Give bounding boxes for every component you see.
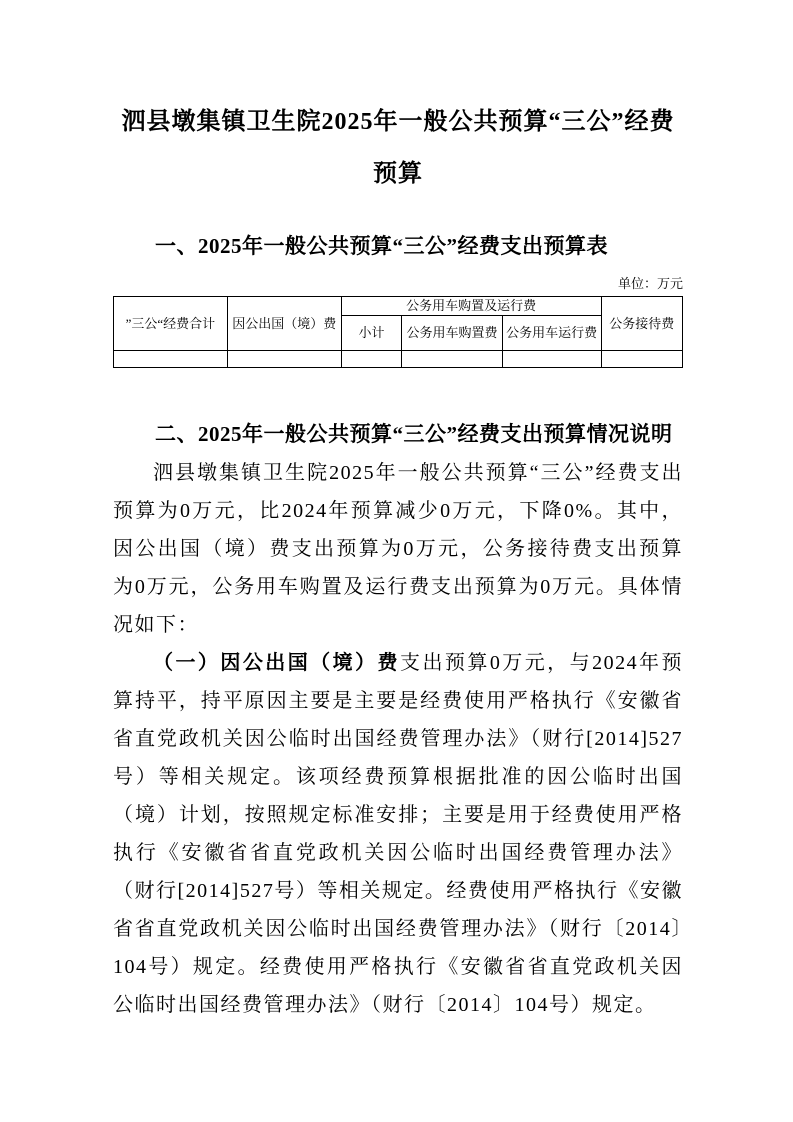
table-header-row-1: ”三公“经费合计 因公出国（境）费 公务用车购置及运行费 公务接待费 — [114, 297, 683, 316]
col-header-total: ”三公“经费合计 — [114, 297, 228, 351]
paragraph-item-1: （一）因公出国（境）费支出预算0万元，与2024年预算持平，持平原因主要是主要是… — [113, 644, 683, 1024]
section1-heading: 一、2025年一般公共预算“三公”经费支出预算表 — [113, 226, 683, 266]
cell-vehicle-operation — [502, 351, 601, 368]
document-page: 泗县墩集镇卫生院2025年一般公共预算“三公”经费预算 一、2025年一般公共预… — [0, 0, 793, 1122]
col-header-vehicle-operation: 公务用车运行费 — [502, 316, 601, 351]
budget-table: ”三公“经费合计 因公出国（境）费 公务用车购置及运行费 公务接待费 小计 公务… — [113, 296, 683, 368]
unit-label: 单位：万元 — [113, 276, 683, 292]
col-header-vehicle-group: 公务用车购置及运行费 — [341, 297, 601, 316]
cell-vehicle-subtotal — [341, 351, 402, 368]
paragraph-summary: 泗县墩集镇卫生院2025年一般公共预算“三公”经费支出预算为0万元，比2024年… — [113, 454, 683, 644]
cell-abroad — [227, 351, 341, 368]
table-row — [114, 351, 683, 368]
paragraph-item-1-text: 支出预算0万元，与2024年预算持平，持平原因主要是主要是经费使用严格执行《安徽… — [113, 652, 683, 1016]
section2-heading: 二、2025年一般公共预算“三公”经费支出预算情况说明 — [113, 414, 683, 454]
paragraph-item-1-lead: （一）因公出国（境）费 — [153, 652, 400, 674]
col-header-reception: 公务接待费 — [601, 297, 682, 351]
document-title: 泗县墩集镇卫生院2025年一般公共预算“三公”经费预算 — [113, 96, 683, 200]
cell-vehicle-purchase — [402, 351, 502, 368]
paragraph-summary-text: 泗县墩集镇卫生院2025年一般公共预算“三公”经费支出预算为0万元，比2024年… — [113, 462, 683, 636]
col-header-abroad: 因公出国（境）费 — [227, 297, 341, 351]
col-header-vehicle-subtotal: 小计 — [341, 316, 402, 351]
cell-reception — [601, 351, 682, 368]
col-header-vehicle-purchase: 公务用车购置费 — [402, 316, 502, 351]
cell-total — [114, 351, 228, 368]
